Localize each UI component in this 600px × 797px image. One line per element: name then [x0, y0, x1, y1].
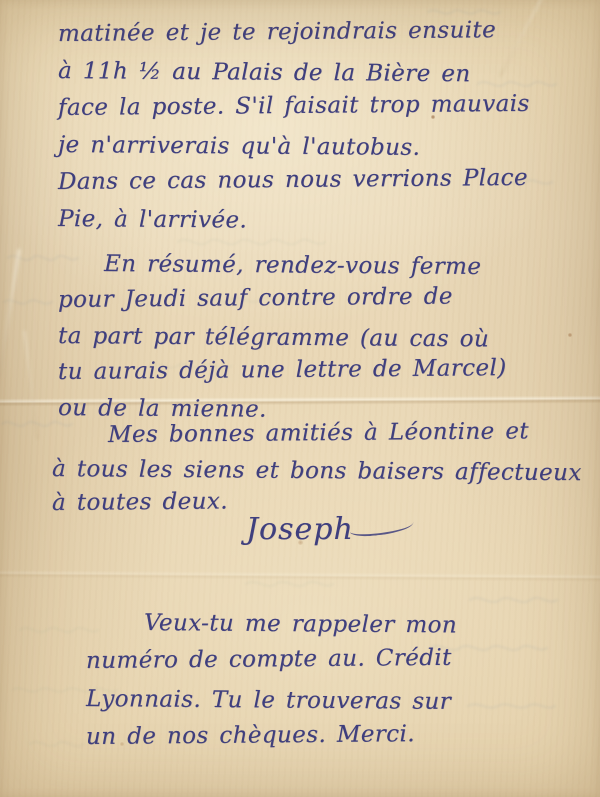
letter-line: Pie, à l'arrivée.	[58, 201, 530, 242]
letter-paragraph-3: Mes bonnes amitiés à Léontine et à tous …	[52, 418, 582, 520]
letter-paragraph-1: matinée et je te rejoindrais ensuite à 1…	[58, 16, 530, 238]
letter-line: un de nos chèques. Merci.	[86, 715, 457, 756]
signature-flourish	[349, 516, 414, 538]
letter-line: numéro de compte au. Crédit	[86, 639, 457, 680]
letter-line: tu aurais déjà une lettre de Marcel)	[58, 350, 507, 390]
letter-line: pour Jeudi sauf contre ordre de	[58, 278, 507, 318]
letter-line: matinée et je te rejoindrais ensuite	[58, 12, 530, 53]
letter-line: Dans ce cas nous nous verrions Place	[58, 160, 530, 201]
letter-page: matinée et je te rejoindrais ensuite à 1…	[0, 0, 600, 797]
letter-paragraph-2: En résumé, rendez-vous ferme pour Jeudi …	[58, 246, 507, 426]
foxing-spot	[568, 333, 572, 337]
signature: Joseph	[246, 508, 414, 552]
letter-line: face la poste. S'il faisait trop mauvais	[58, 86, 530, 127]
signature-name: Joseph	[246, 512, 354, 547]
letter-line: Mes bonnes amitiés à Léontine et	[108, 414, 582, 452]
letter-postscript: Veux-tu me rappeler mon numéro de compte…	[86, 604, 457, 756]
